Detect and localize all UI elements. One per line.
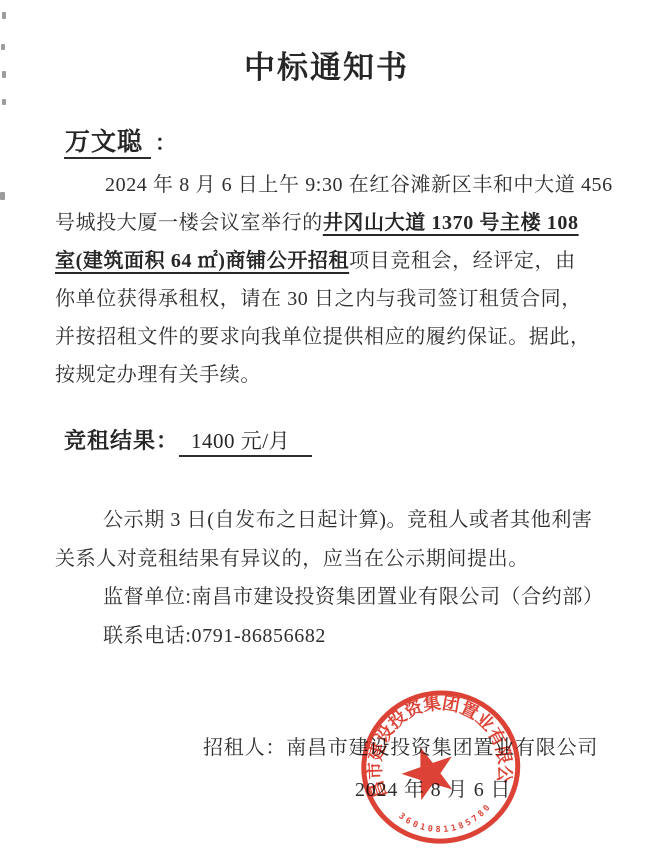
body-paragraph-1: 2024 年 8 月 6 日上午 9:30 在红谷滩新区丰和中大道 456 号城… <box>55 166 595 394</box>
salutation-line: 万文聪： <box>64 122 176 158</box>
paragraph1-line2-emphasis: 井冈山大道 1370 号主楼 108 <box>323 212 579 234</box>
signature-date-line: 2024 年 8 月 6 日 <box>355 773 511 802</box>
seal-number-text: 3601081185780 <box>396 800 497 840</box>
lessor-signature-line: 招租人：南昌市建设投资集团置业有限公司 <box>203 731 598 760</box>
paragraph1-line6: 按规定办理有关手续。 <box>55 356 595 394</box>
paragraph1-line4: 你单位获得承租权，请在 30 日之内与我司签订租赁合同， <box>55 280 595 318</box>
bid-result-line: 竞租结果：1400 元/月 <box>64 424 312 455</box>
paragraph1-line5: 并按招租文件的要求向我单位提供相应的履约保证。据此， <box>55 318 595 356</box>
paragraph1-line1: 2024 年 8 月 6 日上午 9:30 在红谷滩新区丰和中大道 456 <box>55 166 595 204</box>
paragraph1-line3-emphasis: 室(建筑面积 64 ㎡)商铺公开招租 <box>55 250 349 272</box>
page-title: 中标通知书 <box>0 42 653 87</box>
paragraph1-line3-normal: 项目竞租会，经评定，由 <box>349 250 576 272</box>
scan-artifact <box>1 44 5 50</box>
supervisor-unit-line: 监督单位:南昌市建设投资集团置业有限公司（合约部） <box>55 578 600 617</box>
recipient-name: 万文聪 <box>64 129 151 159</box>
paragraph2-line2: 关系人对竞租结果有异议的，应当在公示期间提出。 <box>55 540 600 579</box>
bid-result-label: 竞租结果： <box>64 428 179 453</box>
seal-outer-ring <box>355 684 526 850</box>
seal-graphic: 南昌市建设投资集团置业有限公司 3601081185780 <box>348 678 534 859</box>
bid-result-value: 1400 元/月 <box>179 429 312 457</box>
body-paragraph-2: 公示期 3 日(自发布之日起计算)。竞租人或者其他利害 关系人对竞租结果有异议的… <box>55 501 600 655</box>
scan-artifact <box>2 12 6 19</box>
scan-artifact <box>0 192 5 200</box>
scan-artifact <box>2 71 6 78</box>
scanned-notice-page: 中标通知书 万文聪： 2024 年 8 月 6 日上午 9:30 在红谷滩新区丰… <box>0 0 653 863</box>
company-seal-stamp: 南昌市建设投资集团置业有限公司 3601081185780 <box>348 678 534 859</box>
paragraph2-line1: 公示期 3 日(自发布之日起计算)。竞租人或者其他利害 <box>55 501 600 540</box>
salutation-colon: ： <box>151 131 176 155</box>
contact-phone-line: 联系电话:0791-86856682 <box>55 617 600 656</box>
paragraph1-line2-normal: 号城投大厦一楼会议室举行的 <box>55 212 323 234</box>
paragraph1-line3: 室(建筑面积 64 ㎡)商铺公开招租项目竞租会，经评定，由 <box>55 242 595 280</box>
paragraph1-line2: 号城投大厦一楼会议室举行的井冈山大道 1370 号主楼 108 <box>55 204 595 242</box>
scan-artifact <box>2 99 6 105</box>
